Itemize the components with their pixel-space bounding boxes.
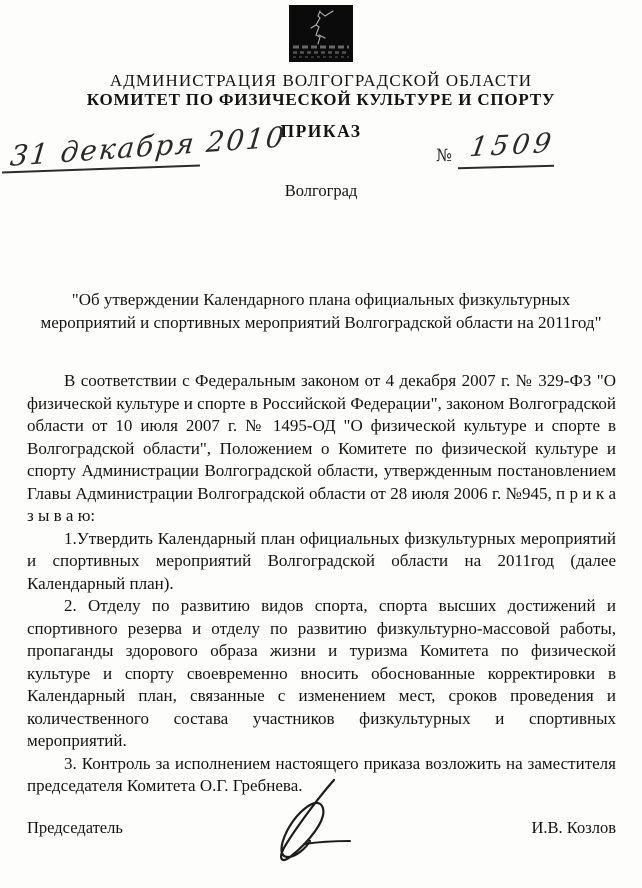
paragraph-item-2: 2. Отделу по развитию видов спорта, спор… [27, 595, 616, 753]
chairman-position-title: Председатель [27, 818, 123, 838]
signature-row: Председатель И.В. Козлов [27, 818, 616, 838]
number-sign-label: № [436, 146, 452, 166]
volgograd-coat-of-arms-icon [289, 5, 353, 62]
signatory-name: И.В. Козлов [531, 818, 616, 838]
committee-name: КОМИТЕТ ПО ФИЗИЧЕСКОЙ КУЛЬТУРЕ И СПОРТУ [0, 90, 642, 110]
date-number-row: 31 декабря 2010 № 1509 [0, 142, 642, 178]
paragraph-item-1: 1.Утвердить Календарный план официальных… [27, 528, 616, 596]
organization-name: АДМИНИСТРАЦИЯ ВОЛГОГРАДСКОЙ ОБЛАСТИ [0, 71, 642, 90]
city-name: Волгоград [0, 181, 642, 201]
scanned-order-document: АДМИНИСТРАЦИЯ ВОЛГОГРАДСКОЙ ОБЛАСТИ КОМИ… [0, 0, 642, 888]
handwritten-document-number: 1509 [468, 128, 558, 164]
paragraph-preamble: В соответствии с Федеральным законом от … [27, 370, 616, 528]
document-body: В соответствии с Федеральным законом от … [27, 370, 616, 798]
document-title: "Об утверждении Календарного плана офици… [28, 288, 614, 334]
number-underline [458, 165, 554, 170]
